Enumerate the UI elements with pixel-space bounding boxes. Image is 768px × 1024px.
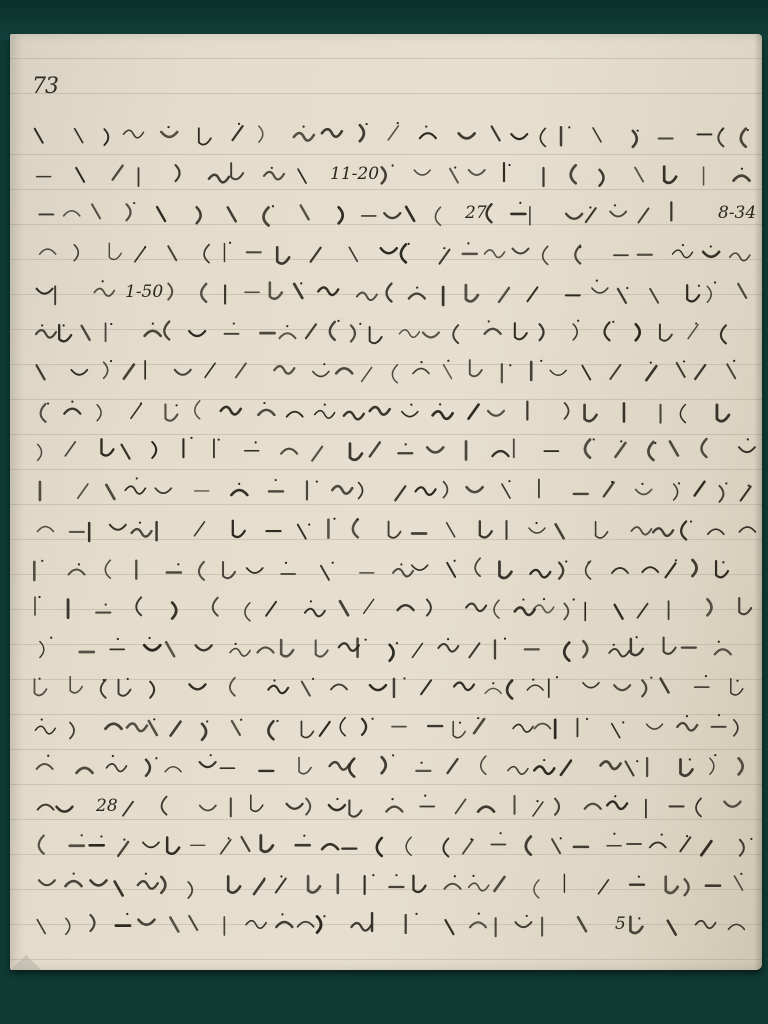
- shorthand-strokes-icon: [30, 634, 760, 668]
- handwritten-numeral: 11-20: [330, 164, 379, 184]
- shorthand-line: 278-34: [30, 199, 760, 233]
- shorthand-line: 11-20: [30, 160, 760, 194]
- shorthand-line: [30, 476, 760, 510]
- shorthand-strokes-icon: [30, 515, 760, 549]
- shorthand-line: [30, 713, 760, 747]
- shorthand-line: [30, 515, 760, 549]
- shorthand-line: 5: [30, 910, 760, 944]
- shorthand-line: [30, 318, 760, 352]
- shorthand-strokes-icon: [30, 673, 760, 707]
- shorthand-strokes-icon: [30, 713, 760, 747]
- shorthand-line: [30, 436, 760, 470]
- page-number: 73: [32, 74, 58, 99]
- shorthand-strokes-icon: [30, 436, 760, 470]
- shorthand-line: [30, 555, 760, 589]
- handwritten-numeral: 1-50: [125, 282, 163, 302]
- shorthand-line: [30, 239, 760, 273]
- shorthand-strokes-icon: [30, 594, 760, 628]
- shorthand-strokes-icon: [30, 871, 760, 905]
- shorthand-strokes-icon: [30, 831, 760, 865]
- shorthand-line: [30, 752, 760, 786]
- shorthand-strokes-icon: [30, 357, 760, 391]
- shorthand-strokes-icon: [30, 397, 760, 431]
- shorthand-strokes-icon: [30, 555, 760, 589]
- handwritten-numeral: 8-34: [718, 203, 756, 223]
- shorthand-strokes-icon: [30, 120, 760, 154]
- shorthand-strokes-icon: [30, 910, 760, 944]
- shorthand-strokes-icon: [30, 239, 760, 273]
- shorthand-strokes-icon: [30, 476, 760, 510]
- shorthand-strokes-icon: [30, 318, 760, 352]
- handwritten-numeral: 5: [615, 914, 626, 934]
- shorthand-strokes-icon: [30, 752, 760, 786]
- shorthand-strokes-icon: [30, 199, 760, 233]
- shorthand-line: [30, 594, 760, 628]
- shorthand-line: 28: [30, 792, 760, 826]
- shorthand-strokes-icon: [30, 792, 760, 826]
- shorthand-line: [30, 120, 760, 154]
- handwritten-numeral: 27: [465, 203, 487, 223]
- shorthand-line: [30, 673, 760, 707]
- shorthand-line: [30, 397, 760, 431]
- handwritten-numeral: 28: [96, 796, 118, 816]
- shorthand-line: 1-50: [30, 278, 760, 312]
- shorthand-line: [30, 634, 760, 668]
- notebook-page: 73 11-20278-341-50285: [10, 34, 762, 970]
- shorthand-line: [30, 871, 760, 905]
- shorthand-line: [30, 831, 760, 865]
- shorthand-strokes-icon: [30, 160, 760, 194]
- shorthand-line: [30, 357, 760, 391]
